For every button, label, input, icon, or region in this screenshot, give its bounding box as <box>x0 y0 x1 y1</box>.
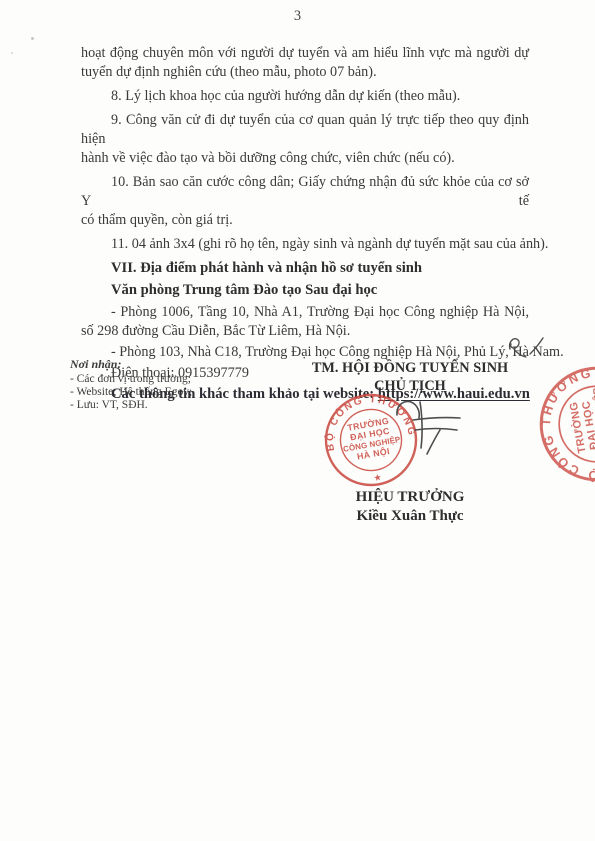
recipients-title: Nơi nhận: <box>70 358 260 371</box>
office-heading: Văn phòng Trung tâm Đào tạo Sau đại học <box>81 281 529 300</box>
signer-name: Kiều Xuân Thực <box>295 507 525 526</box>
document-page: 3 hoạt động chuyên môn với người dự tuyể… <box>0 0 595 841</box>
signer-block: HIỆU TRƯỞNG Kiều Xuân Thực <box>295 488 525 526</box>
section-vii-heading: VII. Địa điểm phát hành và nhận hồ sơ tu… <box>81 259 529 278</box>
handwritten-signature <box>385 392 470 462</box>
paragraph-continuation: hoạt động chuyên môn với người dự tuyển … <box>81 44 529 82</box>
list-item-11: 11. 04 ảnh 3x4 (ghi rõ họ tên, ngày sinh… <box>81 235 529 254</box>
scan-artifact-speck <box>31 37 34 40</box>
svg-text:★: ★ <box>373 472 383 483</box>
signer-title: HIỆU TRƯỞNG <box>295 488 525 507</box>
list-item-9: 9. Công văn cử đi dự tuyển của cơ quan q… <box>81 111 529 168</box>
document-body: hoạt động chuyên môn với người dự tuyển … <box>81 44 529 404</box>
list-item-10: 10. Bản sao căn cước công dân; Giấy chứn… <box>81 173 529 230</box>
page-number: 3 <box>0 8 595 25</box>
recipient-item: - Website; Hệ thống Egov; <box>70 386 260 399</box>
recipients-block: Nơi nhận: - Các đơn vị trong trường; - W… <box>70 358 260 412</box>
address-hanoi: - Phòng 1006, Tầng 10, Nhà A1, Trường Đạ… <box>81 303 529 341</box>
scan-artifact-speck <box>11 52 13 54</box>
recipient-item: - Các đơn vị trong trường; <box>70 373 260 386</box>
recipient-item: - Lưu: VT, SĐH. <box>70 399 260 412</box>
list-item-8: 8. Lý lịch khoa học của người hướng dẫn … <box>81 87 529 106</box>
